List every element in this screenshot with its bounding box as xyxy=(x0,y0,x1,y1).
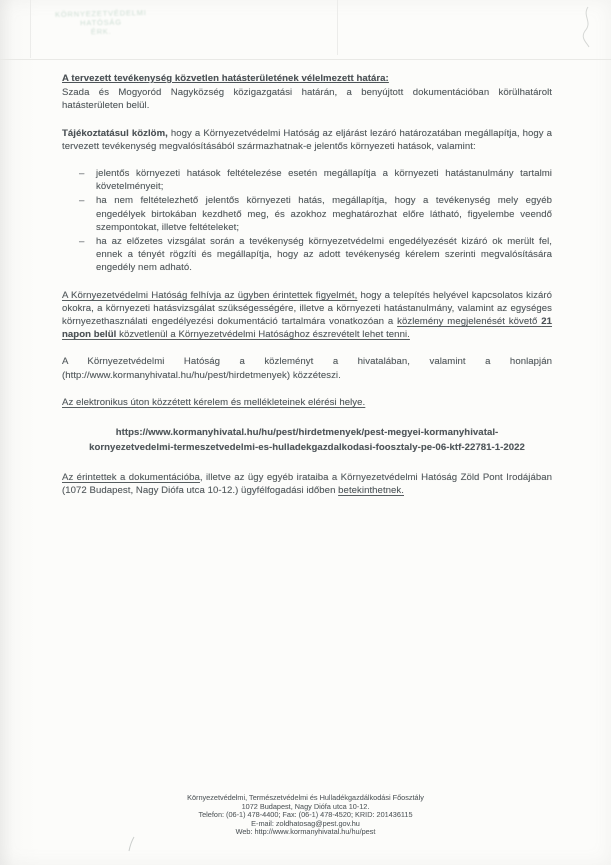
list-item: – ha nem feltételezhető jelentős környez… xyxy=(62,194,552,234)
bullet-dash: – xyxy=(62,194,96,234)
publication-url-line2: kornyezetvedelmi-termeszetvedelmi-es-hul… xyxy=(70,440,544,455)
bullet-dash: – xyxy=(62,235,96,275)
inspection-paragraph: Az érintettek a dokumentációba, illetve … xyxy=(62,471,552,497)
inspection-tail: betekinthetnek. xyxy=(338,485,404,496)
scan-artifact-line xyxy=(0,59,611,60)
list-item-text: ha nem feltételezhető jelentős környezet… xyxy=(96,194,552,234)
information-paragraph: Tájékoztatásul közlöm, hogy a Környezetv… xyxy=(62,127,552,153)
stamp-line: ÉRK. xyxy=(36,26,166,38)
list-item-text: ha az előzetes vizsgálat során a tevéken… xyxy=(96,235,552,275)
scan-artifact-line xyxy=(337,0,338,55)
publication-url-line1: https://www.kormanyhivatal.hu/hu/pest/hi… xyxy=(70,425,544,440)
document-page: KÖRNYEZETVÉDELMI HATÓSÁG ÉRK. A tervezet… xyxy=(0,0,611,865)
objection-deadline-suffix: közvetlenül a Környezetvédelmi Hatóságho… xyxy=(116,329,409,340)
letter-body: A tervezett tevékenység közvetlen hatást… xyxy=(62,72,552,511)
corner-curl-mark xyxy=(567,4,597,55)
boundary-heading: A tervezett tevékenység közvetlen hatást… xyxy=(62,72,552,85)
access-heading-text: Az elektronikus úton közzétett kérelem é… xyxy=(62,397,365,408)
bullet-dash: – xyxy=(62,167,96,193)
information-lead: Tájékoztatásul közlöm, xyxy=(62,128,168,139)
boundary-paragraph: Szada és Mogyoród Nagyközség közigazgatá… xyxy=(62,86,552,112)
access-heading: Az elektronikus úton közzétett kérelem é… xyxy=(62,396,552,409)
publication-paragraph: A Környezetvédelmi Hatóság a közleményt … xyxy=(62,355,552,381)
pen-mark xyxy=(127,836,137,857)
inspection-lead: Az érintettek a dokumentációba xyxy=(62,472,200,483)
objection-notice-paragraph: A Környezetvédelmi Hatóság felhívja az ü… xyxy=(62,289,552,342)
footer-web: Web: http://www.kormanyhivatal.hu/hu/pes… xyxy=(0,828,611,837)
condition-list: – jelentős környezeti hatások feltételez… xyxy=(62,167,552,275)
letterhead-footer: Környezetvédelmi, Természetvédelmi és Hu… xyxy=(0,794,611,837)
objection-notice-lead: A Környezetvédelmi Hatóság felhívja az ü… xyxy=(62,290,357,301)
list-item: – jelentős környezeti hatások feltételez… xyxy=(62,167,552,193)
scan-artifact-line xyxy=(30,0,31,58)
publication-url: https://www.kormanyhivatal.hu/hu/pest/hi… xyxy=(70,425,544,455)
ink-stamp: KÖRNYEZETVÉDELMI HATÓSÁG ÉRK. xyxy=(36,8,167,38)
list-item: – ha az előzetes vizsgálat során a tevék… xyxy=(62,235,552,275)
list-item-text: jelentős környezeti hatások feltételezés… xyxy=(96,167,552,193)
objection-deadline-prefix: közlemény megjelenését követő xyxy=(397,316,541,327)
